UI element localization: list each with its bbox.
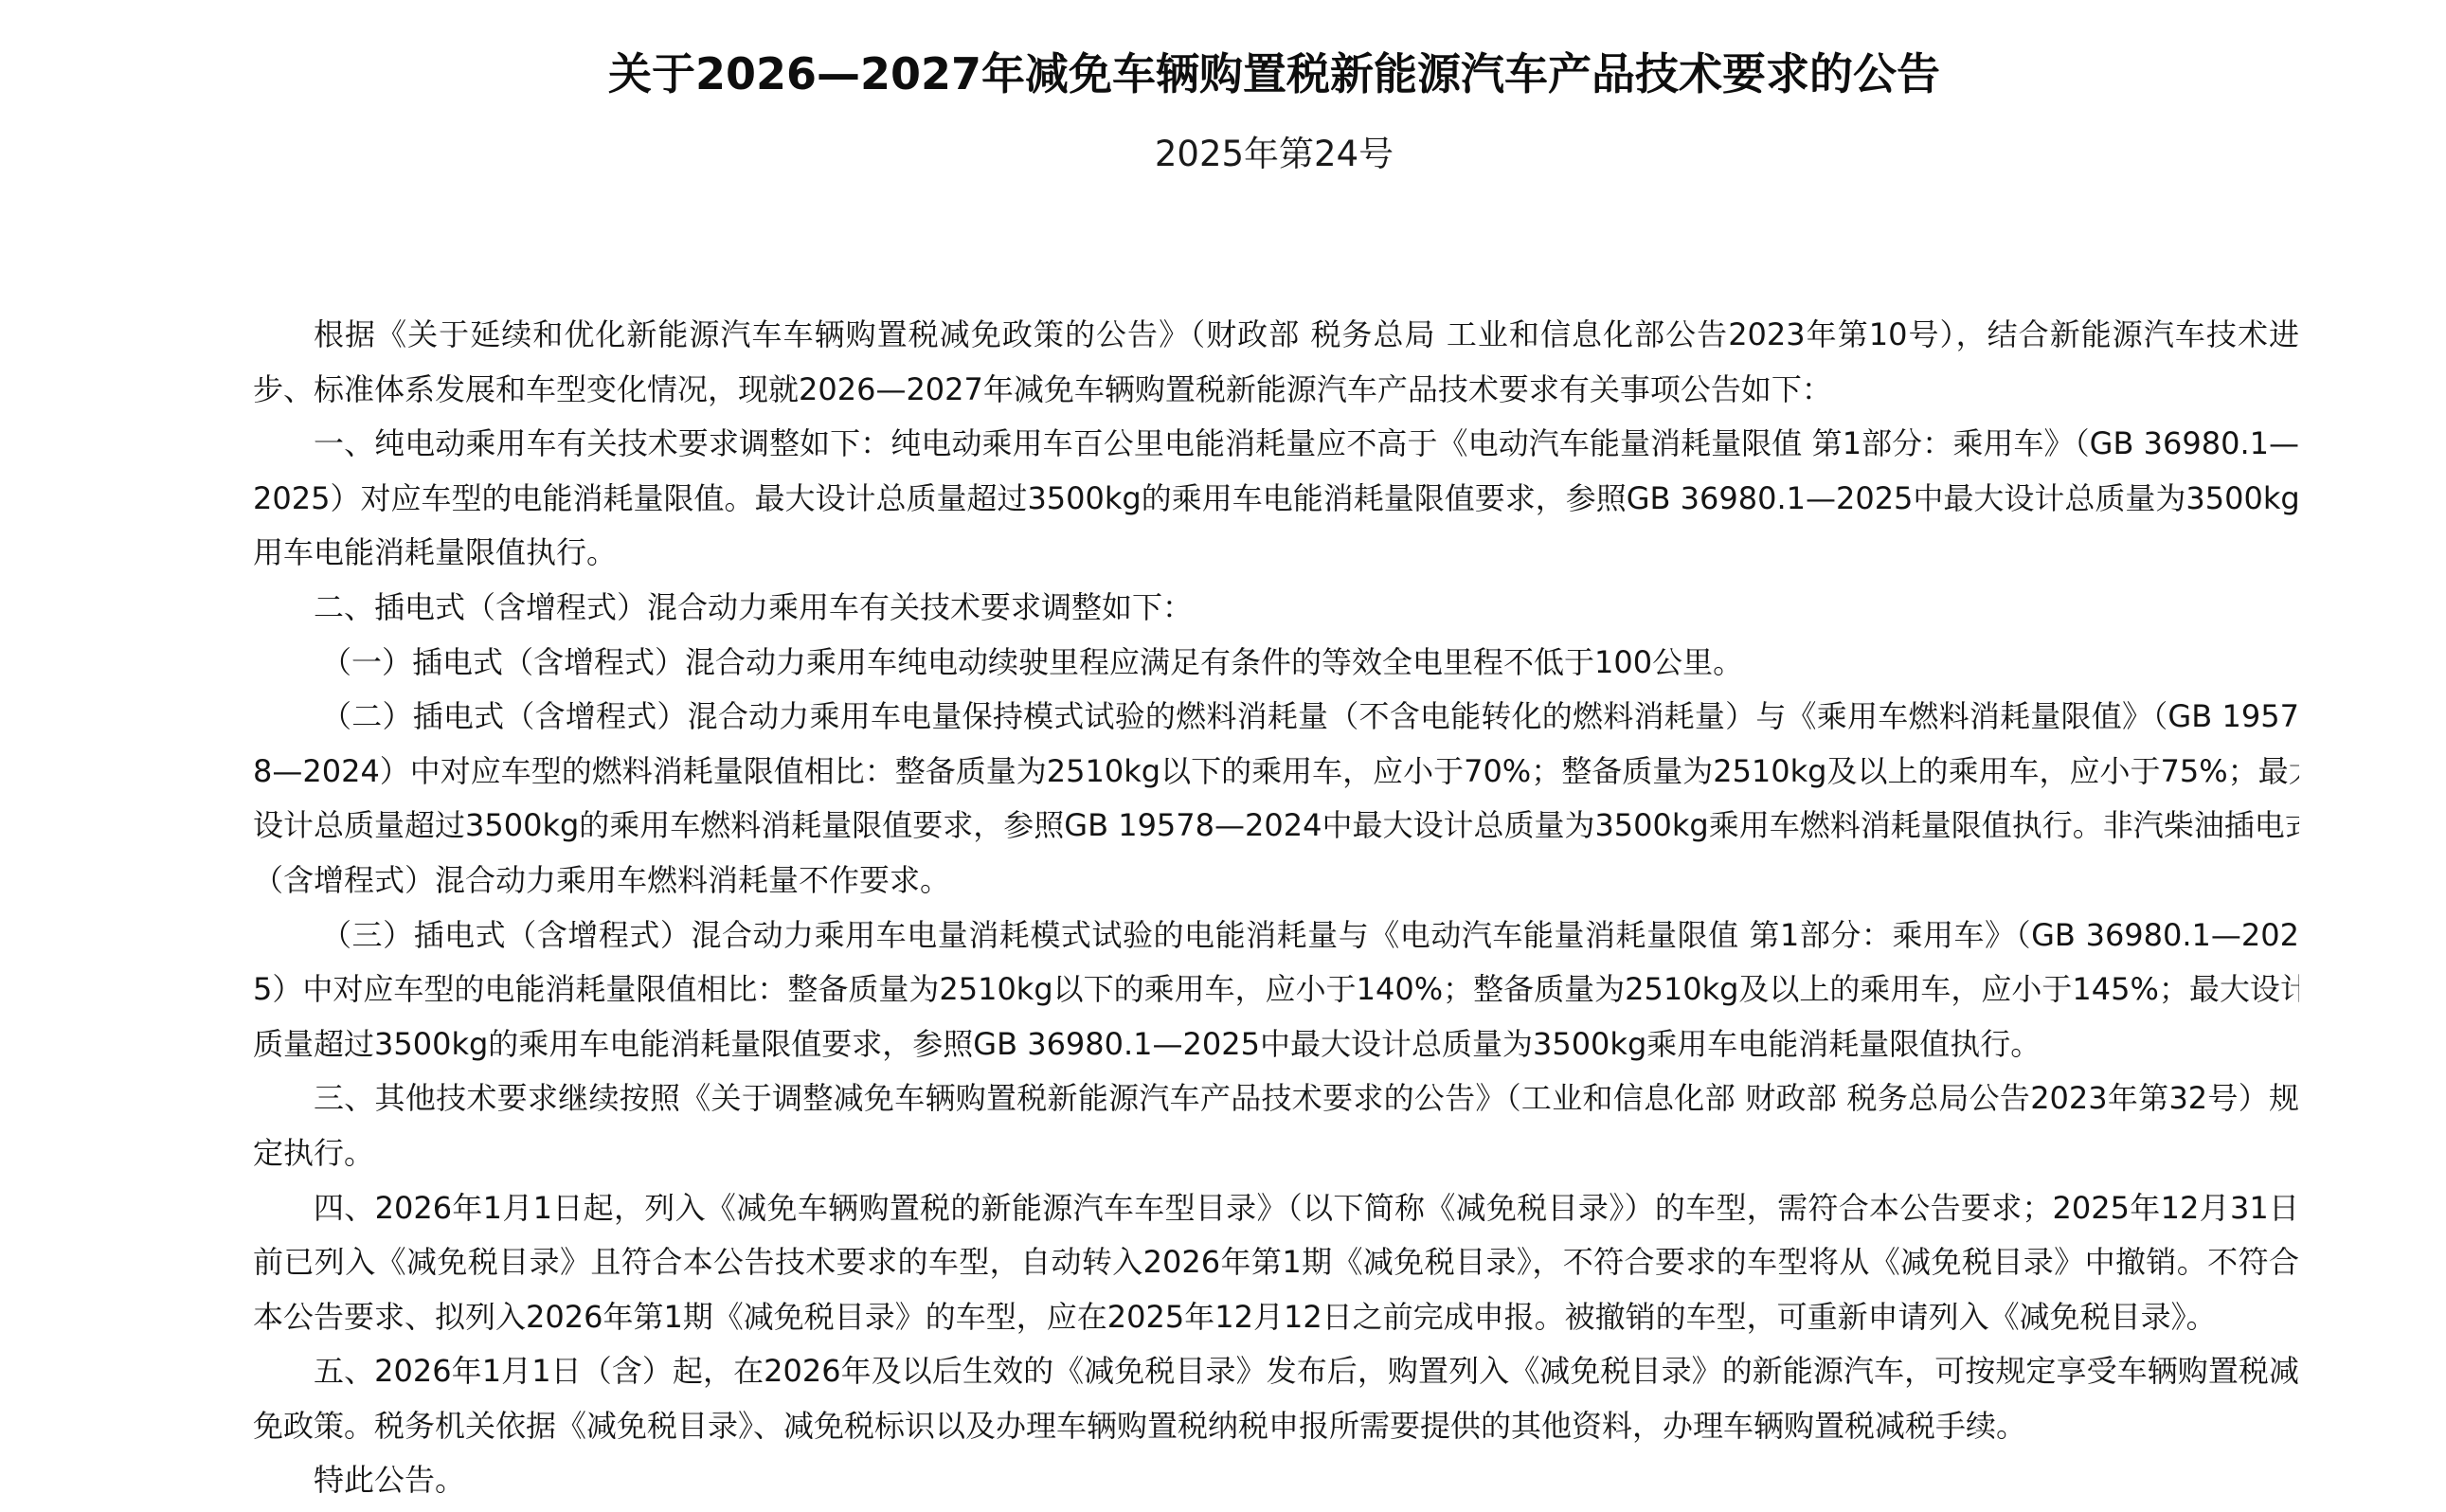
text-line: 定执行。 (253, 1126, 2299, 1181)
text-line: 五、2026年1月1日（含）起，在2026年及以后生效的《减免税目录》发布后，购… (253, 1344, 2299, 1399)
text-line: 根据《关于延续和优化新能源汽车车辆购置税减免政策的公告》（财政部 税务总局 工业… (253, 308, 2299, 363)
text-line: （一）插电式（含增程式）混合动力乘用车纯电动续驶里程应满足有条件的等效全电里程不… (253, 636, 2299, 691)
document-number: 2025年第24号 (0, 131, 2446, 178)
text-line: 步、标准体系发展和车型变化情况，现就2026—2027年减免车辆购置税新能源汽车… (253, 363, 2299, 418)
text-line: 前已列入《减免税目录》且符合本公告技术要求的车型，自动转入2026年第1期《减免… (253, 1235, 2299, 1290)
paragraph-preamble: 根据《关于延续和优化新能源汽车车辆购置税减免政策的公告》（财政部 税务总局 工业… (253, 308, 2299, 417)
document-body: 根据《关于延续和优化新能源汽车车辆购置税减免政策的公告》（财政部 税务总局 工业… (253, 308, 2299, 1508)
text-line: 质量超过3500kg的乘用车电能消耗量限值要求，参照GB 36980.1—202… (253, 1017, 2299, 1072)
paragraph-section-2-2: （二）插电式（含增程式）混合动力乘用车电量保持模式试验的燃料消耗量（不含电能转化… (253, 690, 2299, 908)
text-line: 8—2024）中对应车型的燃料消耗量限值相比：整备质量为2510kg以下的乘用车… (253, 745, 2299, 800)
text-line: （含增程式）混合动力乘用车燃料消耗量不作要求。 (253, 854, 2299, 909)
paragraph-section-2: 二、插电式（含增程式）混合动力乘用车有关技术要求调整如下： (253, 581, 2299, 636)
text-line: 三、其他技术要求继续按照《关于调整减免车辆购置税新能源汽车产品技术要求的公告》（… (253, 1071, 2299, 1126)
text-line: 5）中对应车型的电能消耗量限值相比：整备质量为2510kg以下的乘用车，应小于1… (253, 963, 2299, 1017)
text-line: （二）插电式（含增程式）混合动力乘用车电量保持模式试验的燃料消耗量（不含电能转化… (253, 690, 2299, 745)
paragraph-section-2-1: （一）插电式（含增程式）混合动力乘用车纯电动续驶里程应满足有条件的等效全电里程不… (253, 636, 2299, 691)
paragraph-section-5: 五、2026年1月1日（含）起，在2026年及以后生效的《减免税目录》发布后，购… (253, 1344, 2299, 1453)
text-line: 特此公告。 (253, 1453, 2299, 1508)
text-line: 用车电能消耗量限值执行。 (253, 526, 2299, 581)
text-line: 一、纯电动乘用车有关技术要求调整如下：纯电动乘用车百公里电能消耗量应不高于《电动… (253, 417, 2299, 472)
paragraph-closing: 特此公告。 (253, 1453, 2299, 1508)
text-line: 2025）对应车型的电能消耗量限值。最大设计总质量超过3500kg的乘用车电能消… (253, 472, 2299, 527)
text-line: （三）插电式（含增程式）混合动力乘用车电量消耗模式试验的电能消耗量与《电动汽车能… (253, 909, 2299, 963)
paragraph-section-2-3: （三）插电式（含增程式）混合动力乘用车电量消耗模式试验的电能消耗量与《电动汽车能… (253, 909, 2299, 1072)
paragraph-section-3: 三、其他技术要求继续按照《关于调整减免车辆购置税新能源汽车产品技术要求的公告》（… (253, 1071, 2299, 1180)
text-line: 四、2026年1月1日起，列入《减免车辆购置税的新能源汽车车型目录》（以下简称《… (253, 1181, 2299, 1236)
paragraph-section-1: 一、纯电动乘用车有关技术要求调整如下：纯电动乘用车百公里电能消耗量应不高于《电动… (253, 417, 2299, 581)
text-line: 免政策。税务机关依据《减免税目录》、减免税标识以及办理车辆购置税纳税申报所需要提… (253, 1399, 2299, 1454)
text-line: 本公告要求、拟列入2026年第1期《减免税目录》的车型，应在2025年12月12… (253, 1290, 2299, 1345)
text-line: 设计总质量超过3500kg的乘用车燃料消耗量限值要求，参照GB 19578—20… (253, 799, 2299, 854)
page-title: 关于2026—2027年减免车辆购置税新能源汽车产品技术要求的公告 (0, 45, 2446, 102)
text-line: 二、插电式（含增程式）混合动力乘用车有关技术要求调整如下： (253, 581, 2299, 636)
paragraph-section-4: 四、2026年1月1日起，列入《减免车辆购置税的新能源汽车车型目录》（以下简称《… (253, 1181, 2299, 1345)
